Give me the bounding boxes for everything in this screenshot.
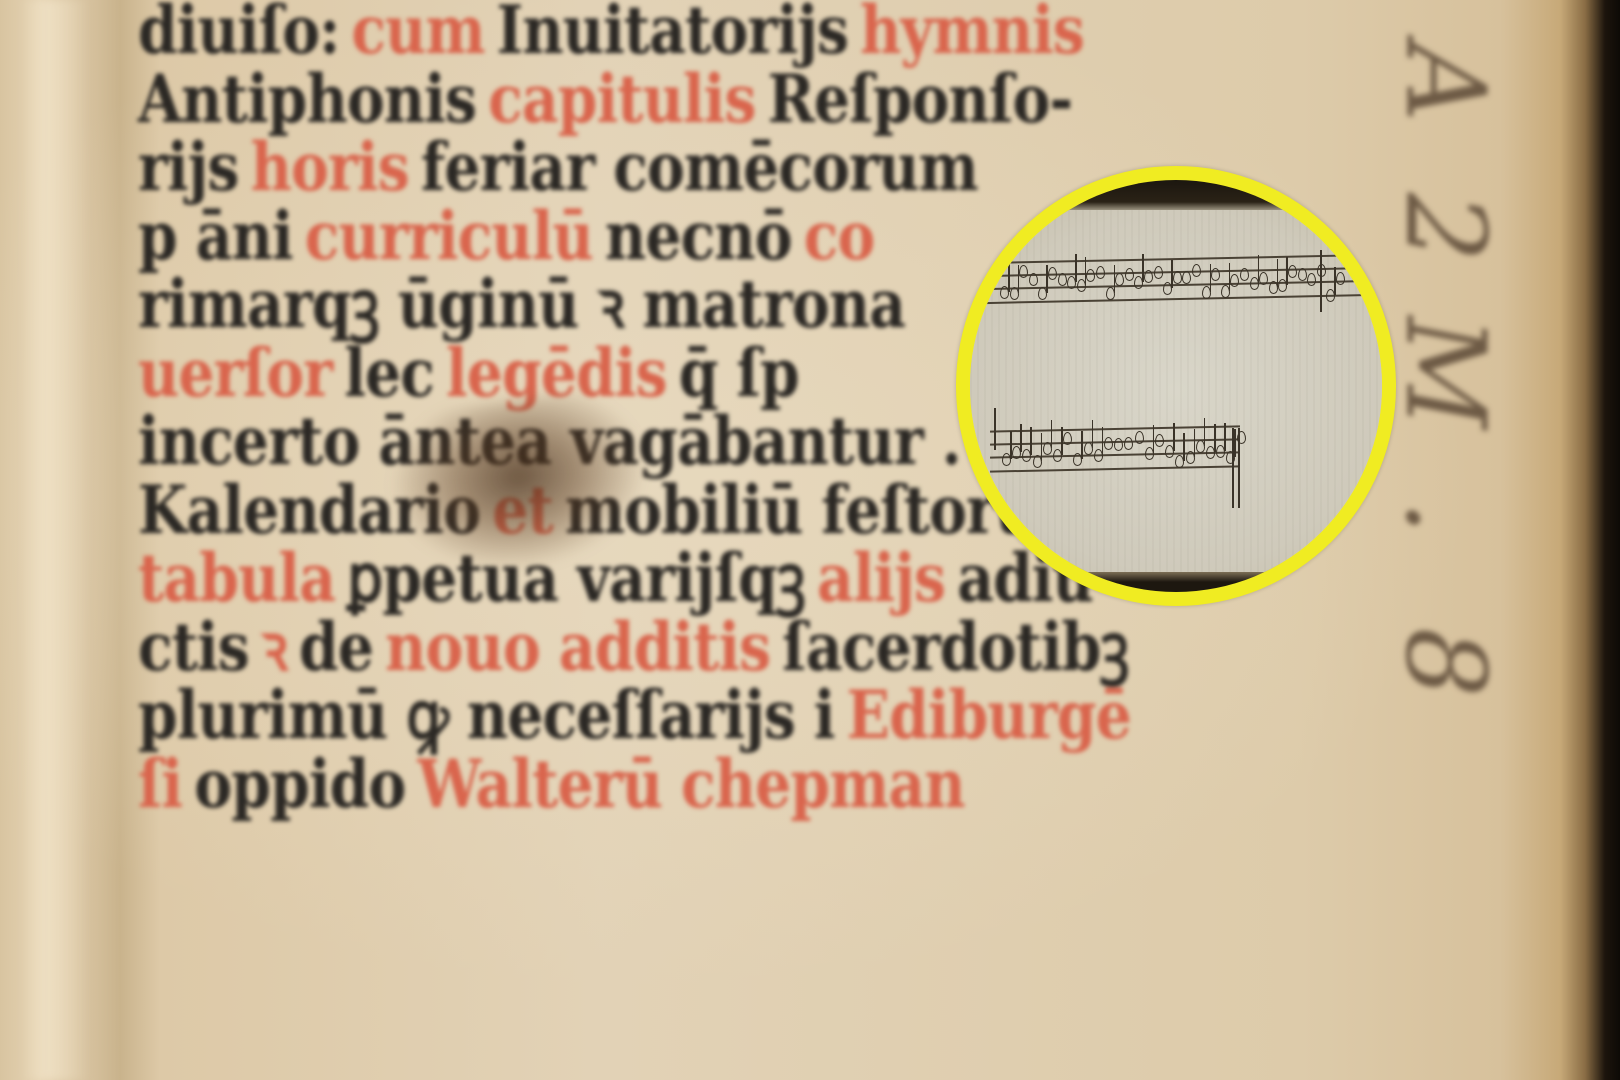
text-line: ctisꝛdenouo additisſacerdotibꝫ	[138, 613, 1196, 682]
final-barline	[1232, 428, 1234, 508]
note-head	[1155, 434, 1164, 447]
note-stem	[1030, 427, 1032, 455]
rubric-word: tabula	[138, 539, 335, 617]
note-stem	[1051, 420, 1053, 448]
note-head	[1240, 268, 1249, 281]
note-head	[1288, 265, 1297, 278]
text-word: Reſponſo-	[768, 60, 1073, 138]
note-head	[1048, 267, 1057, 280]
text-word: de	[299, 608, 373, 686]
inset-photo	[970, 180, 1382, 592]
note-stem	[1204, 418, 1206, 446]
note-head	[1125, 268, 1134, 281]
note-stem	[1153, 425, 1155, 453]
music-notation-inset	[956, 166, 1396, 606]
note-head	[1173, 271, 1182, 284]
page-edge-left	[20, 0, 90, 1080]
rubric-word: ſi	[138, 745, 182, 823]
margin-character: .	[1373, 453, 1518, 583]
note-stem	[1008, 264, 1010, 292]
final-barline	[1238, 428, 1240, 508]
note-stem	[1046, 265, 1048, 293]
text-word: p āni	[138, 197, 293, 275]
margin-character: 2	[1373, 163, 1518, 293]
margin-character: A	[1373, 18, 1518, 148]
note-stem	[1075, 254, 1077, 282]
rubric-word: Walterū chepman	[418, 745, 965, 823]
note-head	[1135, 431, 1144, 444]
text-word: feriar comēcorum	[421, 128, 978, 206]
text-word: q̄ ſp	[679, 334, 799, 412]
note-stem	[1020, 424, 1022, 452]
text-word: rijs	[138, 128, 239, 206]
text-word: ctis	[138, 608, 249, 686]
text-line: rijshorisferiar comēcorum	[138, 133, 1196, 202]
note-head	[1154, 266, 1163, 279]
text-line: ſioppidoWalterū chepman	[138, 750, 1196, 819]
note-head	[1192, 264, 1201, 277]
rubric-word: alijs	[817, 539, 945, 617]
note-head	[1063, 432, 1072, 445]
note-stem	[1171, 260, 1173, 288]
rubric-word: curriculū	[305, 197, 593, 275]
note-head	[1115, 273, 1124, 286]
text-word: Antiphonis	[138, 60, 476, 138]
margin-handwriting: A2M.8	[1380, 10, 1510, 735]
note-head	[1104, 437, 1113, 450]
margin-character: 8	[1373, 598, 1518, 728]
note-head	[1058, 273, 1067, 286]
note-stem	[1214, 424, 1216, 452]
note-stem	[1224, 423, 1226, 451]
rubric-word: co	[804, 197, 875, 275]
note-stem	[1102, 427, 1104, 455]
text-line: diuiſo:cumInuitatorijshymnis	[138, 0, 1196, 65]
rubric-word: ꝛ	[261, 608, 287, 686]
note-head	[1096, 266, 1105, 279]
text-word: rimarqꝫ ūginū ꝛ matrona	[138, 265, 905, 343]
book-page-photo: diuiſo:cumInuitatorijshymnisAntiphonisca…	[0, 0, 1620, 1080]
text-line: AntiphoniscapitulisReſponſo-	[138, 65, 1196, 134]
rubric-word: horis	[251, 128, 409, 206]
note-head	[1307, 273, 1316, 286]
note-head	[1298, 268, 1307, 281]
note-stem	[1092, 420, 1094, 448]
note-head	[1029, 273, 1038, 286]
note-stem	[1173, 423, 1175, 451]
rubric-word: capitulis	[488, 60, 755, 138]
rubric-word: Ediburgē	[847, 676, 1131, 754]
barline	[1320, 250, 1322, 312]
note-stem	[1234, 429, 1236, 457]
note-stem	[1183, 433, 1185, 461]
note-stem	[1041, 433, 1043, 461]
note-head	[1019, 265, 1028, 278]
note-head	[1211, 268, 1220, 281]
note-head	[1259, 272, 1268, 285]
ink-stain	[379, 383, 660, 588]
rubric-word: uerſor	[138, 334, 332, 412]
note-stem	[1081, 431, 1083, 459]
text-word: oppido	[194, 745, 405, 823]
clef-mark	[994, 408, 996, 450]
note-head	[1336, 272, 1345, 285]
text-line: plurimū ꝙ neceſſarijs iEdiburgē	[138, 681, 1196, 750]
text-word: lec	[344, 334, 434, 412]
note-stem	[1194, 429, 1196, 457]
text-word: ſacerdotibꝫ	[782, 608, 1128, 686]
text-word: plurimū ꝙ neceſſarijs i	[138, 676, 835, 754]
note-head	[1114, 438, 1123, 451]
text-word: necnō	[605, 197, 792, 275]
rubric-word: nouo additis	[385, 608, 770, 686]
note-head	[1144, 270, 1153, 283]
